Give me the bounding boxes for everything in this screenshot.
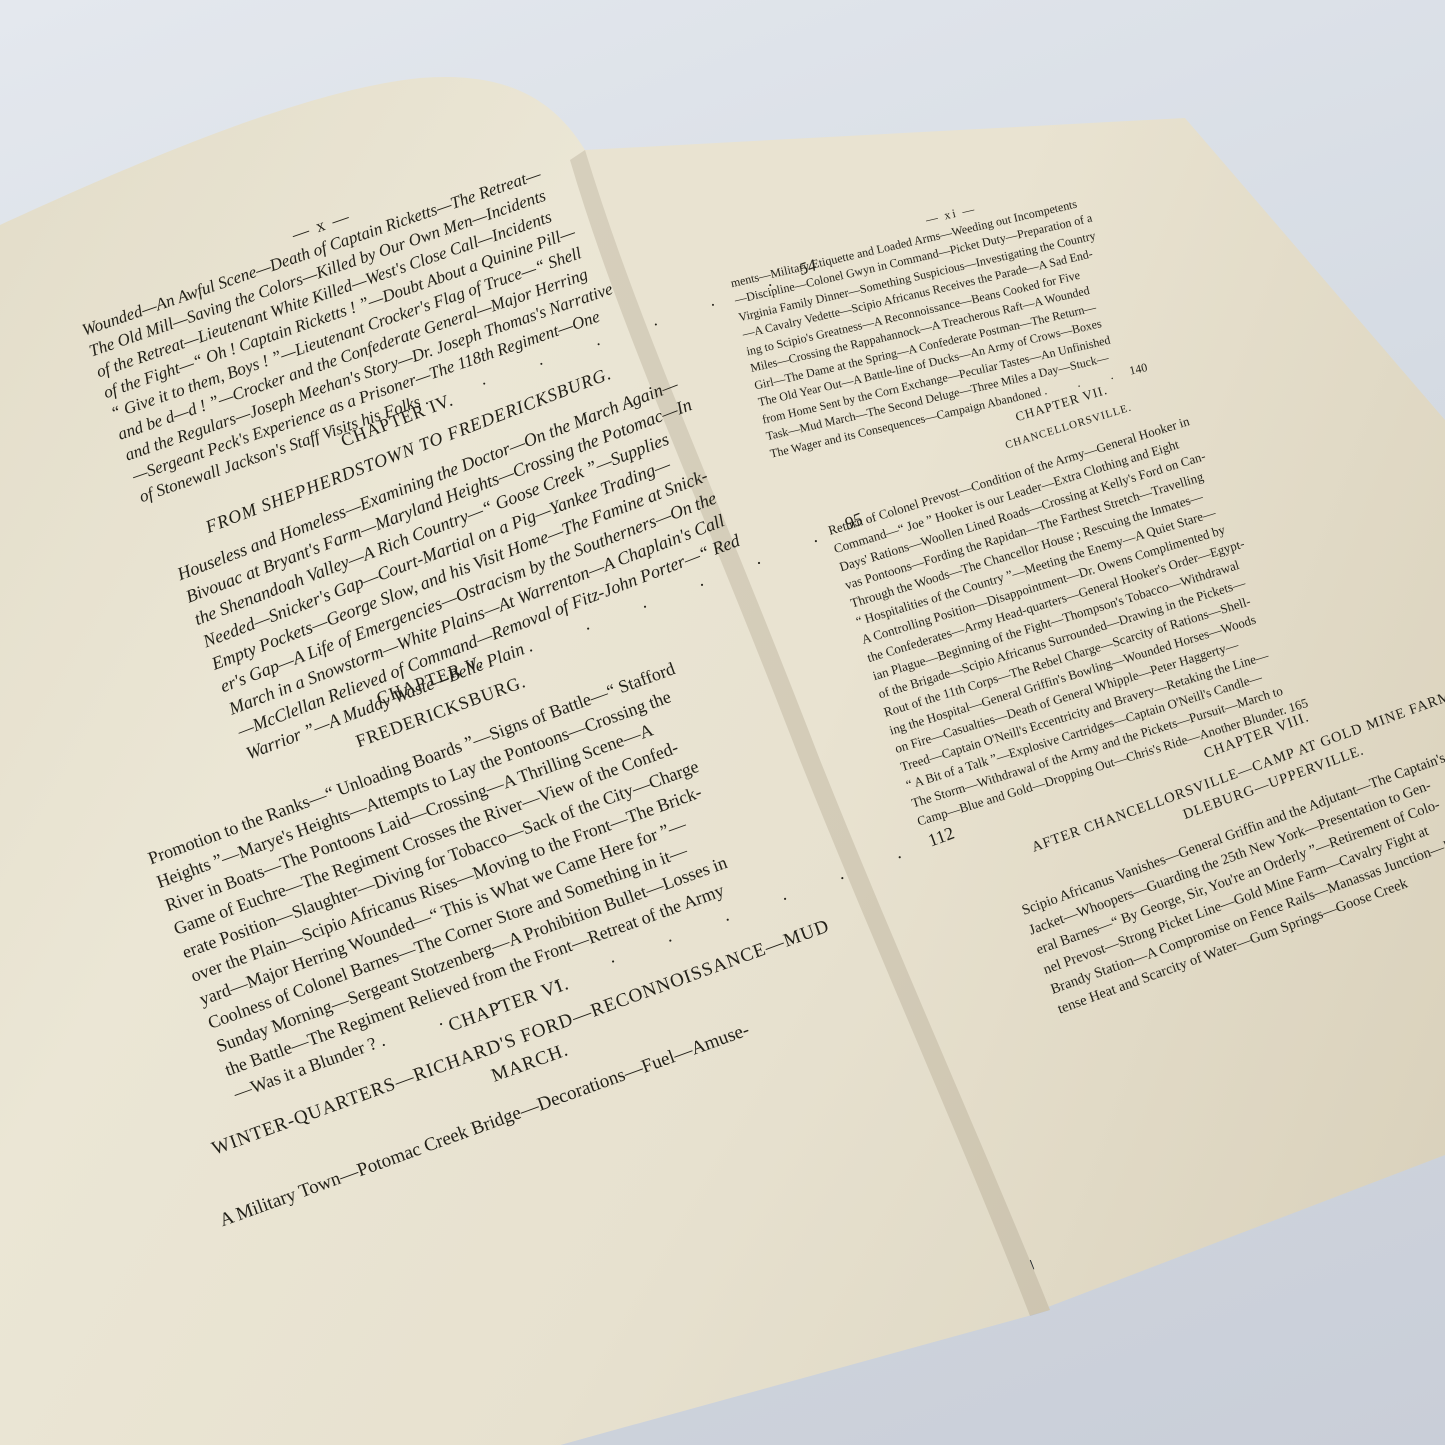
photo-scene: — x — Wounded—An Awful Scene—Death of Ca… <box>0 0 1445 1445</box>
